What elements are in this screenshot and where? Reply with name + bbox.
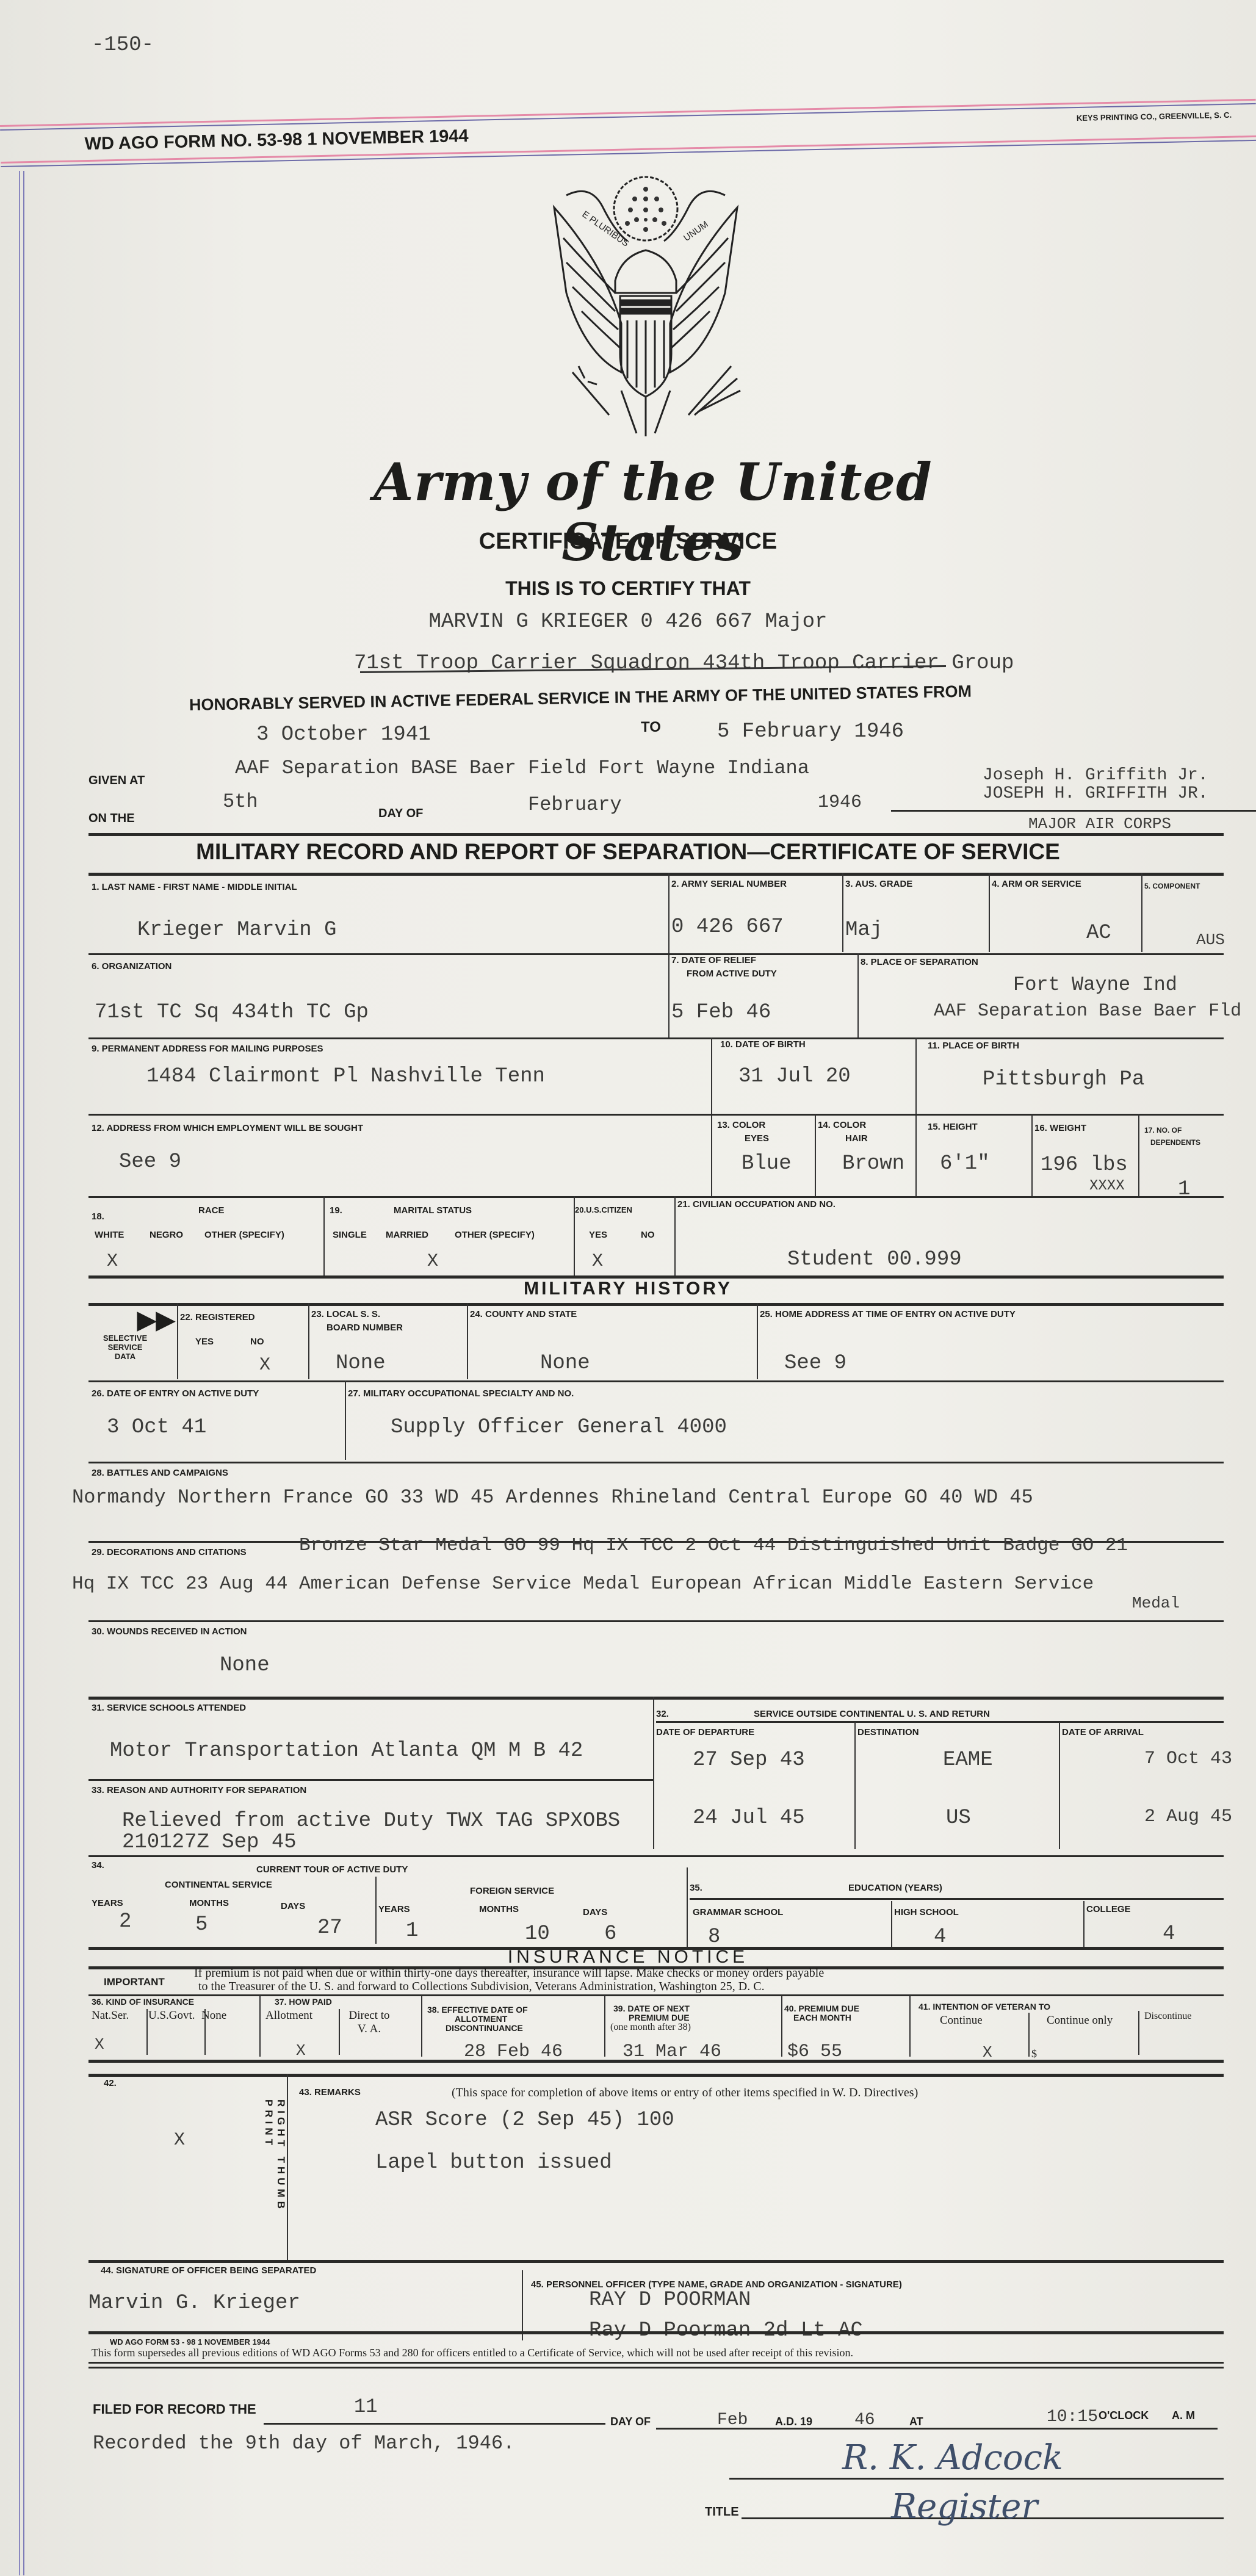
v-rule — [1083, 1901, 1085, 1947]
field-14-value: Brown — [842, 1152, 904, 1175]
divider — [88, 1462, 1224, 1463]
cont-col-months: MONTHS — [189, 1898, 229, 1908]
military-history-title: MILITARY HISTORY — [0, 1279, 1256, 1299]
registrar-title: Register — [891, 2487, 1038, 2527]
field-38-label-2: ALLOTMENT — [455, 2014, 507, 2024]
field-8-value-line1: Fort Wayne Ind — [1013, 973, 1177, 996]
field-11-value: Pittsburgh Pa — [983, 1068, 1144, 1091]
field-42-label: 42. — [104, 2078, 117, 2088]
remarks-note: (This space for completion of above item… — [452, 2086, 918, 2100]
field-15-label: 15. HEIGHT — [928, 1122, 978, 1132]
ins-col-natser: Nat.Ser. — [92, 2009, 129, 2022]
divider — [88, 2362, 1224, 2364]
form-header-band: WD AGO FORM NO. 53-98 1 NOVEMBER 1944 KE… — [0, 99, 1256, 174]
title-label: TITLE — [705, 2505, 739, 2519]
field-31-label: 31. SERVICE SCHOOLS ATTENDED — [92, 1703, 246, 1713]
honorably-served-statement: HONORABLY SERVED IN ACTIVE FEDERAL SERVI… — [189, 682, 972, 715]
field-11-label: 11. PLACE OF BIRTH — [928, 1041, 1019, 1051]
continental-days: 27 — [317, 1916, 342, 1939]
record-title: MILITARY RECORD AND REPORT OF SEPARATION… — [0, 839, 1256, 865]
field-9-label: 9. PERMANENT ADDRESS FOR MAILING PURPOSE… — [92, 1044, 323, 1054]
field-2-label: 2. ARMY SERIAL NUMBER — [671, 879, 787, 889]
foreign-years: 1 — [406, 1919, 418, 1943]
field-7-label: 7. DATE OF RELIEF — [671, 955, 756, 965]
field-40-label-2: EACH MONTH — [793, 2013, 851, 2022]
given-at-place: AAF Separation BASE Baer Field Fort Wayn… — [235, 757, 809, 779]
foreign-days: 6 — [604, 1922, 616, 1946]
field-14-label-2: HAIR — [845, 1133, 868, 1144]
field-29-value-line3: Medal — [1132, 1594, 1180, 1612]
citizen-yes-mark: X — [592, 1251, 603, 1272]
v-rule — [815, 1114, 816, 1196]
field-23-value: None — [336, 1352, 386, 1375]
cont-col-days: DAYS — [281, 1901, 305, 1911]
citizen-col-yes: YES — [589, 1230, 607, 1240]
edu-col-grammar: GRAMMAR SCHOOL — [693, 1907, 783, 1918]
divider — [88, 2060, 1224, 2063]
col-destination: DESTINATION — [857, 1727, 919, 1737]
field-33-label: 33. REASON AND AUTHORITY FOR SEPARATION — [92, 1785, 306, 1795]
signer-typed-name: JOSEPH H. GRIFFITH JR. — [983, 784, 1208, 803]
document-page: -150- WD AGO FORM NO. 53-98 1 NOVEMBER 1… — [0, 0, 1256, 2576]
edu-grammar: 8 — [708, 1925, 720, 1949]
v-rule — [177, 1303, 178, 1379]
footer-form-ref: WD AGO FORM 53 - 98 1 NOVEMBER 1944 — [110, 2337, 270, 2347]
continental-months: 5 — [195, 1913, 208, 1936]
v-rule — [909, 1996, 911, 2057]
paid-allotment-mark: X — [296, 2041, 306, 2060]
divider — [88, 1855, 1224, 1857]
field-45-line-1: RAY D POORMAN — [589, 2289, 751, 2312]
divider — [88, 833, 1224, 836]
col-date-of-arrival: DATE OF ARRIVAL — [1062, 1727, 1144, 1737]
v-rule — [781, 1996, 782, 2057]
field-28-label: 28. BATTLES AND CAMPAIGNS — [92, 1468, 228, 1478]
v-rule — [467, 1303, 468, 1379]
race-col-other: OTHER (SPECIFY) — [204, 1230, 284, 1240]
intent-col-discontinue: Discontinue — [1144, 2011, 1191, 2022]
field-29-value-line2: Hq IX TCC 23 Aug 44 American Defense Ser… — [72, 1573, 1094, 1595]
signer-rank: MAJOR AIR CORPS — [1028, 815, 1171, 833]
thumb-print-label: RIGHT THUMB PRINT — [269, 2099, 287, 2252]
v-rule — [674, 1196, 676, 1275]
intent-col-continue-only: Continue only — [1047, 2014, 1113, 2027]
field-23-label-2: BOARD NUMBER — [327, 1322, 403, 1333]
registered-col-no: NO — [250, 1337, 264, 1347]
double-arrow-icon: ▶▶ — [137, 1306, 175, 1334]
v-rule — [339, 2009, 340, 2055]
edu-col-high-school: HIGH SCHOOL — [894, 1907, 959, 1918]
field-18-label: 18. — [92, 1211, 104, 1222]
v-rule — [1138, 2011, 1139, 2055]
to-label: TO — [641, 719, 661, 736]
filed-time: 10:15 — [1047, 2408, 1098, 2426]
at-label: AT — [909, 2415, 923, 2428]
field-35-title: EDUCATION (YEARS) — [848, 1883, 942, 1893]
v-rule — [1141, 873, 1142, 952]
v-rule — [421, 1996, 422, 2057]
divider — [88, 2367, 1224, 2369]
field-40-label: 40. PREMIUM DUE — [784, 2004, 859, 2013]
divider — [88, 1303, 1224, 1306]
v-rule — [668, 873, 670, 1037]
field-39-value: 31 Mar 46 — [623, 2041, 721, 2062]
divider — [88, 2260, 1224, 2263]
field-8-value-line2: AAF Separation Base Baer Fld — [934, 1001, 1241, 1022]
svg-text:UNUM: UNUM — [682, 219, 710, 244]
race-col-negro: NEGRO — [150, 1230, 183, 1240]
paid-col-direct: Direct to V. A. — [345, 2009, 394, 2036]
departure-row1: 27 Sep 43 — [693, 1748, 805, 1772]
field-5-value: AUS — [1196, 931, 1225, 949]
v-rule — [604, 1996, 605, 2057]
field-13-label: 13. COLOR — [717, 1120, 765, 1130]
header-band-top-line — [0, 99, 1256, 131]
field-43-label: 43. REMARKS — [299, 2087, 361, 2098]
insurance-title: INSURANCE NOTICE — [0, 1947, 1256, 1968]
field-32-title: SERVICE OUTSIDE CONTINENTAL U. S. AND RE… — [754, 1709, 990, 1719]
divider — [88, 953, 1224, 955]
field-12-value: See 9 — [119, 1150, 181, 1174]
field-33-value-line1: Relieved from active Duty TWX TAG SPXOBS — [122, 1809, 620, 1833]
field-39-label: 39. DATE OF NEXT — [613, 2004, 690, 2013]
v-rule — [1028, 2013, 1030, 2057]
given-at-label: GIVEN AT — [88, 774, 145, 788]
filed-year: 46 — [854, 2411, 875, 2430]
divider — [88, 1697, 1224, 1700]
svg-text:E PLURIBUS: E PLURIBUS — [580, 209, 631, 249]
field-22-label: 22. REGISTERED — [180, 1312, 255, 1322]
foreign-col-months: MONTHS — [479, 1904, 519, 1914]
field-45-line-2: Ray D Poorman 2d Lt AC — [589, 2319, 863, 2342]
departure-row2: 24 Jul 45 — [693, 1806, 805, 1830]
field-44-signature: Marvin G. Krieger — [88, 2292, 300, 2315]
field-15-value: 6'1" — [940, 1152, 990, 1175]
foreign-title: FOREIGN SERVICE — [470, 1886, 554, 1896]
given-day: 5th — [223, 790, 258, 813]
great-seal-eagle-icon: E PLURIBUS UNUM — [530, 171, 762, 439]
field-25-label: 25. HOME ADDRESS AT TIME OF ENTRY ON ACT… — [760, 1309, 1016, 1319]
v-rule — [1138, 1114, 1139, 1196]
field-30-label: 30. WOUNDS RECEIVED IN ACTION — [92, 1626, 247, 1637]
v-rule — [323, 1196, 325, 1275]
form-number: WD AGO FORM NO. 53-98 1 NOVEMBER 1944 — [84, 126, 469, 154]
field-17-label-2: DEPENDENTS — [1150, 1138, 1200, 1147]
intent-col-continue: Continue — [940, 2014, 983, 2027]
field-28-value: Normandy Northern France GO 33 WD 45 Ard… — [72, 1486, 1033, 1509]
printer-credit: KEYS PRINTING CO., GREENVILLE, S. C. — [1077, 110, 1232, 123]
filed-day-of-label: DAY OF — [610, 2415, 651, 2428]
field-19-title: MARITAL STATUS — [394, 1205, 472, 1216]
service-from-date: 3 October 1941 — [256, 723, 431, 746]
divider — [88, 1994, 1224, 1996]
v-rule — [687, 1867, 688, 1947]
field-7-label-2: FROM ACTIVE DUTY — [687, 969, 777, 979]
field-38-label-3: DISCONTINUANCE — [446, 2023, 523, 2033]
thumb-print-mark: X — [174, 2130, 185, 2151]
certificate-title: CERTIFICATE OF SERVICE — [0, 529, 1256, 555]
divider — [88, 1114, 1224, 1116]
marital-col-other: OTHER (SPECIFY) — [455, 1230, 535, 1240]
field-33-value-line2: 210127Z Sep 45 — [122, 1831, 297, 1854]
insurance-notice-line2: to the Treasurer of the U. S. and forwar… — [198, 1980, 765, 1994]
edu-high-school: 4 — [934, 1925, 946, 1949]
field-34-label: 34. — [92, 1860, 104, 1871]
insurance-notice-line1: If premium is not paid when due or withi… — [194, 1966, 824, 1980]
selective-service-label: SELECTIVE SERVICE DATA — [101, 1333, 150, 1361]
day-of-label: DAY OF — [378, 807, 423, 821]
field-17-label: 17. NO. OF — [1144, 1126, 1182, 1135]
v-rule — [854, 1722, 856, 1849]
field-16-value: 196 lbs — [1041, 1153, 1128, 1177]
v-rule — [204, 2009, 206, 2055]
remarks-line-2: Lapel button issued — [375, 2151, 612, 2174]
v-rule — [287, 2074, 288, 2260]
continental-years: 2 — [119, 1910, 131, 1933]
registered-col-yes: YES — [195, 1337, 214, 1347]
v-rule — [989, 873, 990, 952]
edu-college: 4 — [1163, 1922, 1175, 1946]
v-rule — [259, 1996, 261, 2057]
field-24-value: None — [540, 1352, 590, 1375]
continental-title: CONTINENTAL SERVICE — [165, 1880, 272, 1890]
foreign-col-days: DAYS — [583, 1907, 607, 1918]
ins-natser-mark: X — [95, 2035, 104, 2054]
v-rule — [1031, 1114, 1033, 1196]
v-rule — [915, 1037, 917, 1196]
v-rule — [757, 1303, 758, 1379]
certify-line: THIS IS TO CERTIFY THAT — [0, 577, 1256, 600]
v-rule — [842, 873, 843, 952]
v-rule — [375, 1877, 377, 1944]
page-number: -150- — [92, 34, 154, 57]
field-2-value: 0 426 667 — [671, 915, 784, 939]
field-27-label: 27. MILITARY OCCUPATIONAL SPECIALTY AND … — [348, 1388, 574, 1399]
field-5-label: 5. COMPONENT — [1144, 882, 1200, 890]
field-10-label: 10. DATE OF BIRTH — [720, 1039, 806, 1050]
field-39-label-3: (one month after 38) — [610, 2022, 691, 2033]
on-the-label: ON THE — [88, 812, 135, 826]
field-16-label: 16. WEIGHT — [1034, 1123, 1086, 1133]
field-18-title: RACE — [198, 1205, 225, 1216]
field-10-value: 31 Jul 20 — [738, 1065, 851, 1088]
field-7-value: 5 Feb 46 — [671, 1001, 771, 1024]
given-month: February — [528, 793, 622, 816]
registered-no-mark: X — [259, 1355, 270, 1376]
divider — [88, 2331, 1224, 2334]
arrival-row1: 7 Oct 43 — [1144, 1748, 1232, 1769]
paid-col-allotment: Allotment — [265, 2009, 312, 2022]
field-21-value: Student 00.999 — [787, 1248, 962, 1271]
field-29-label: 29. DECORATIONS AND CITATIONS — [92, 1547, 247, 1557]
foreign-months: 10 — [525, 1922, 550, 1946]
meridiem: A. M — [1172, 2409, 1195, 2422]
field-40-value: $6 55 — [787, 2041, 842, 2062]
intent-continue-only-dollar: $ — [1031, 2047, 1037, 2060]
v-rule — [711, 1037, 712, 1196]
field-8-label: 8. PLACE OF SEPARATION — [861, 957, 978, 967]
ad-label: A.D. 19 — [775, 2415, 812, 2428]
field-36-label: 36. KIND OF INSURANCE — [92, 1997, 194, 2007]
filed-day: 11 — [354, 2395, 377, 2418]
foreign-col-years: YEARS — [378, 1904, 410, 1914]
v-rule — [891, 1901, 892, 1947]
intent-continue-mark: X — [983, 2043, 992, 2062]
marital-col-single: SINGLE — [333, 1230, 367, 1240]
divider — [88, 2074, 1224, 2077]
field-20-label: 20.U.S.CITIZEN — [575, 1205, 632, 1214]
divider — [88, 1037, 1224, 1039]
field-26-value: 3 Oct 41 — [107, 1416, 206, 1439]
divider — [656, 1721, 1224, 1723]
oclock-label: O'CLOCK — [1099, 2409, 1149, 2422]
important-label: IMPORTANT — [104, 1976, 165, 1988]
marital-col-married: MARRIED — [386, 1230, 428, 1240]
field-23-label: 23. LOCAL S. S. — [311, 1309, 380, 1319]
field-32-label: 32. — [656, 1709, 669, 1719]
signature-line — [729, 2478, 1224, 2480]
v-rule — [653, 1697, 654, 1849]
filed-for-record-label: FILED FOR RECORD THE — [93, 2401, 256, 2417]
divider — [88, 1196, 1224, 1198]
field-38-value: 28 Feb 46 — [464, 2041, 563, 2062]
field-25-value: See 9 — [784, 1352, 846, 1375]
field-13-label-2: EYES — [745, 1133, 769, 1144]
filed-month: Feb — [717, 2411, 748, 2430]
field-3-label: 3. AUS. GRADE — [845, 879, 912, 889]
recorded-line: Recorded the 9th day of March, 1946. — [93, 2432, 514, 2455]
field-24-label: 24. COUNTY AND STATE — [470, 1309, 577, 1319]
destination-row2: US — [946, 1806, 971, 1830]
field-13-value: Blue — [742, 1152, 792, 1175]
field-3-value: Maj — [845, 918, 882, 942]
v-rule — [345, 1380, 346, 1460]
field-6-label: 6. ORGANIZATION — [92, 961, 171, 972]
marital-married-mark: X — [427, 1251, 438, 1272]
field-26-label: 26. DATE OF ENTRY ON ACTIVE DUTY — [92, 1388, 259, 1399]
divider — [88, 1620, 1224, 1622]
footer-supersedes: This form supersedes all previous editio… — [92, 2347, 853, 2359]
field-14-label: 14. COLOR — [818, 1120, 866, 1130]
citizen-col-no: NO — [641, 1230, 655, 1240]
field-29-value-line1: Bronze Star Medal GO 99 Hq IX TCC 2 Oct … — [299, 1535, 1128, 1556]
divider — [88, 873, 1224, 876]
v-rule — [857, 953, 859, 1039]
field-4-value: AC — [1086, 922, 1111, 945]
signer-signature: Joseph H. Griffith Jr. — [983, 766, 1208, 785]
v-rule — [1059, 1722, 1060, 1849]
given-year: 1946 — [818, 792, 862, 813]
field-31-value: Motor Transportation Atlanta QM M B 42 — [110, 1739, 583, 1762]
field-9-value: 1484 Clairmont Pl Nashville Tenn — [146, 1065, 545, 1088]
edu-col-college: COLLEGE — [1086, 1904, 1131, 1914]
ins-col-usgovt: U.S.Govt. — [148, 2009, 195, 2022]
field-41-label: 41. INTENTION OF VETERAN TO — [919, 2002, 1050, 2011]
remarks-line-1: ASR Score (2 Sep 45) 100 — [375, 2109, 674, 2132]
field-30-value: None — [220, 1654, 270, 1677]
field-12-label: 12. ADDRESS FROM WHICH EMPLOYMENT WILL B… — [92, 1123, 363, 1133]
field-16-overtype: XXXX — [1089, 1178, 1125, 1194]
field-6-value: 71st TC Sq 434th TC Gp — [95, 1001, 369, 1024]
divider — [88, 1380, 1224, 1382]
field-19-label: 19. — [330, 1205, 342, 1216]
field-44-label: 44. SIGNATURE OF OFFICER BEING SEPARATED — [101, 2265, 316, 2276]
field-39-label-2: PREMIUM DUE — [629, 2013, 690, 2022]
field-34-title: CURRENT TOUR OF ACTIVE DUTY — [256, 1864, 408, 1875]
field-27-value: Supply Officer General 4000 — [391, 1416, 727, 1439]
race-col-white: WHITE — [95, 1230, 124, 1240]
destination-row1: EAME — [943, 1748, 993, 1772]
field-1-value: Krieger Marvin G — [137, 918, 336, 942]
field-37-label: 37. HOW PAID — [275, 1997, 332, 2007]
officer-name-line: MARVIN G KRIEGER 0 426 667 Major — [0, 610, 1256, 633]
signer-signature-line — [891, 810, 1256, 812]
field-4-label: 4. ARM OR SERVICE — [992, 879, 1081, 889]
v-rule — [308, 1303, 309, 1379]
v-rule — [522, 2270, 523, 2340]
divider — [88, 1779, 653, 1781]
divider — [690, 1898, 1224, 1900]
filed-day-line — [264, 2423, 605, 2425]
cont-col-years: YEARS — [92, 1898, 123, 1908]
col-date-of-departure: DATE OF DEPARTURE — [656, 1727, 754, 1737]
field-35-label: 35. — [690, 1883, 702, 1893]
registrar-signature: R. K. Adcock — [842, 2438, 1063, 2478]
race-white-mark: X — [107, 1251, 118, 1272]
v-rule — [146, 2009, 148, 2055]
field-38-label: 38. EFFECTIVE DATE OF — [427, 2005, 528, 2015]
service-to-date: 5 February 1946 — [717, 720, 904, 743]
field-21-label: 21. CIVILIAN OCCUPATION AND NO. — [677, 1199, 836, 1210]
arrival-row2: 2 Aug 45 — [1144, 1806, 1232, 1827]
field-1-label: 1. LAST NAME - FIRST NAME - MIDDLE INITI… — [92, 882, 297, 892]
